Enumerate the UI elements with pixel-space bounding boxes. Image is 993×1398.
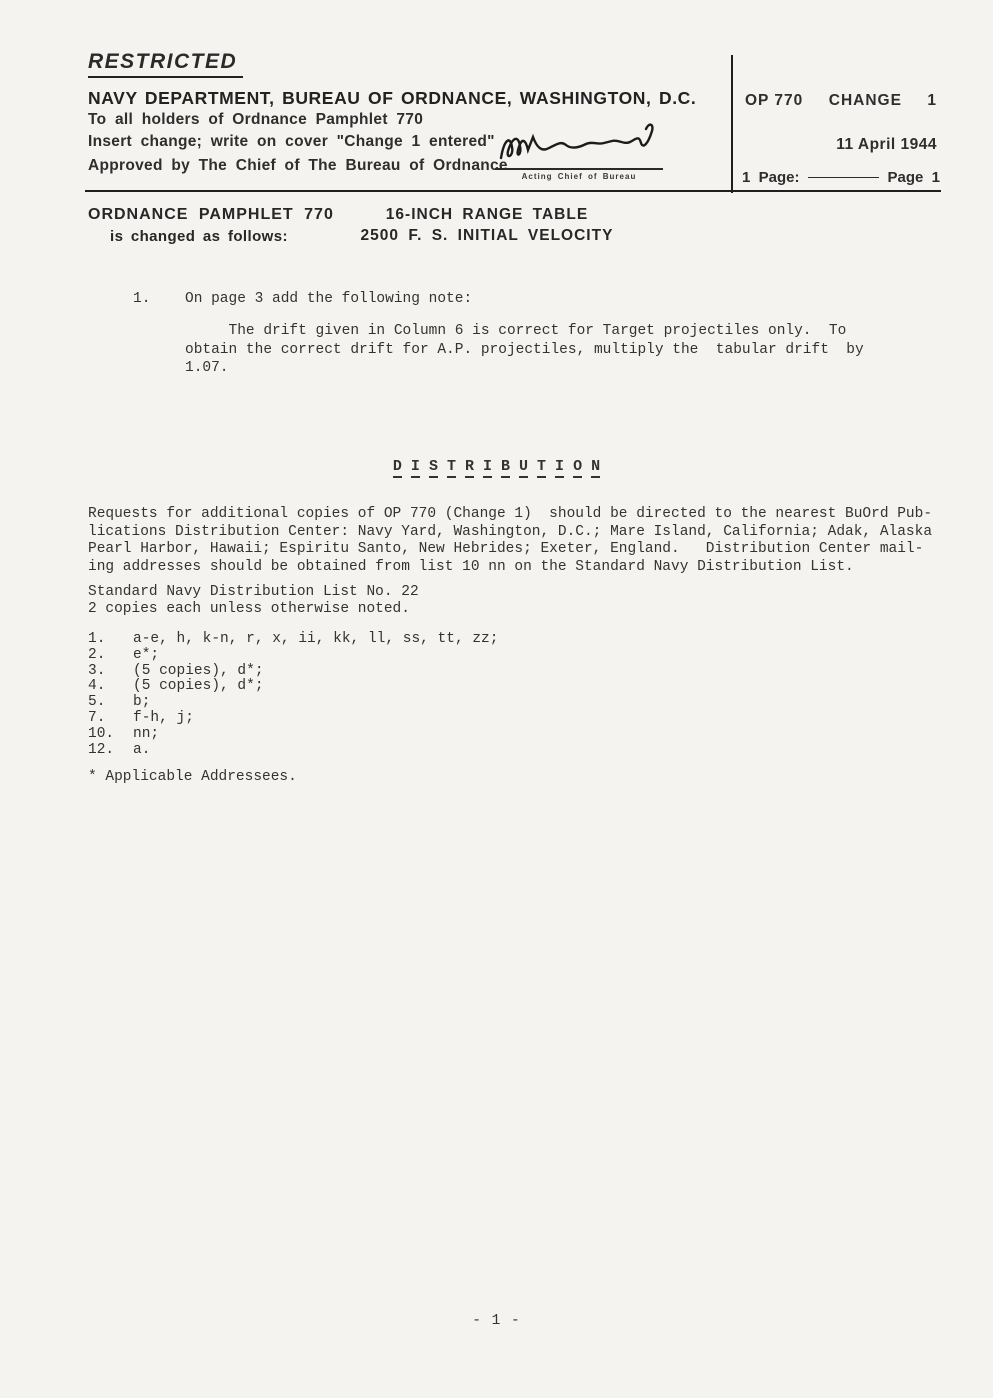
list-item: 1.a-e, h, k-n, r, x, ii, kk, ll, ss, tt,… — [88, 632, 498, 648]
classification-stamp: RESTRICTED — [88, 50, 243, 78]
distribution-heading-letter: I — [483, 458, 492, 478]
signature-caption: Acting Chief of Bureau — [495, 172, 663, 181]
distribution-heading-letter: N — [591, 458, 600, 478]
list-item-text: (5 copies), d*; — [133, 679, 264, 695]
list-item-number: 5. — [88, 695, 133, 711]
page-number: - 1 - — [0, 1313, 993, 1329]
change-note-body: The drift given in Column 6 is correct f… — [185, 322, 864, 378]
signature-rule — [495, 168, 663, 170]
applicable-addressees-footnote: * Applicable Addressees. — [88, 769, 297, 785]
distribution-heading-letter: T — [537, 458, 546, 478]
list-item-text: e*; — [133, 648, 159, 664]
list-item-number: 12. — [88, 743, 133, 759]
list-item-number: 10. — [88, 727, 133, 743]
distribution-heading: DISTRIBUTION — [0, 458, 993, 478]
page-left-label: 1 Page: — [742, 169, 800, 186]
range-table-line1: 16-INCH RANGE TABLE — [337, 206, 637, 224]
header-vertical-divider — [731, 55, 733, 193]
distribution-list-subtitle: 2 copies each unless otherwise noted. — [88, 601, 410, 617]
distribution-heading-letter: U — [519, 458, 528, 478]
list-item-number: 3. — [88, 664, 133, 680]
distribution-heading-letter: D — [393, 458, 402, 478]
signature-block: Acting Chief of Bureau — [495, 120, 675, 181]
list-item: 12.a. — [88, 743, 498, 759]
list-item-text: a. — [133, 743, 150, 759]
distribution-heading-letter: R — [465, 458, 474, 478]
change-number: 1 — [927, 92, 937, 110]
approval-line: Approved by The Chief of The Bureau of O… — [88, 157, 508, 175]
signature-icon — [495, 120, 667, 172]
list-item-number: 1. — [88, 632, 133, 648]
pamphlet-subject: ORDNANCE PAMPHLET 770 is changed as foll… — [88, 206, 334, 245]
list-item-text: a-e, h, k-n, r, x, ii, kk, ll, ss, tt, z… — [133, 632, 498, 648]
list-item: 5.b; — [88, 695, 498, 711]
department-line: NAVY DEPARTMENT, BUREAU OF ORDNANCE, WAS… — [88, 88, 696, 109]
list-item-number: 7. — [88, 711, 133, 727]
list-item-text: nn; — [133, 727, 159, 743]
list-item-text: (5 copies), d*; — [133, 664, 264, 680]
list-item: 4.(5 copies), d*; — [88, 679, 498, 695]
change-item-intro: On page 3 add the following note: — [185, 291, 472, 307]
list-item-number: 2. — [88, 648, 133, 664]
list-item: 7.f-h, j; — [88, 711, 498, 727]
list-item: 2.e*; — [88, 648, 498, 664]
list-item-text: f-h, j; — [133, 711, 194, 727]
op-change-row: OP 770 CHANGE 1 — [745, 92, 937, 110]
distribution-list-title: Standard Navy Distribution List No. 22 — [88, 584, 419, 600]
distribution-heading-letter: B — [501, 458, 510, 478]
change-item-row: 1. On page 3 add the following note: — [133, 291, 472, 307]
document-page: RESTRICTED NAVY DEPARTMENT, BUREAU OF OR… — [0, 0, 993, 1398]
distribution-heading-letter: I — [555, 458, 564, 478]
range-table-line2: 2500 F. S. INITIAL VELOCITY — [337, 227, 637, 245]
range-table-title: 16-INCH RANGE TABLE 2500 F. S. INITIAL V… — [337, 206, 637, 245]
pamphlet-subtitle: is changed as follows: — [88, 228, 334, 245]
distribution-heading-letter: S — [429, 458, 438, 478]
list-item-number: 4. — [88, 679, 133, 695]
change-item-number: 1. — [133, 291, 185, 307]
date-line: 11 April 1944 — [745, 136, 937, 154]
distribution-paragraph: Requests for additional copies of OP 770… — [88, 506, 932, 576]
list-item: 10.nn; — [88, 727, 498, 743]
change-label: CHANGE — [829, 92, 902, 110]
page-dash-rule — [808, 177, 880, 179]
insert-instruction-line: Insert change; write on cover "Change 1 … — [88, 133, 495, 151]
header-horizontal-divider — [85, 190, 941, 192]
page-right-label: Page 1 — [887, 169, 940, 186]
pamphlet-title: ORDNANCE PAMPHLET 770 — [88, 206, 334, 224]
distribution-heading-letter: O — [573, 458, 582, 478]
list-item-text: b; — [133, 695, 150, 711]
distribution-heading-letter: T — [447, 458, 456, 478]
op-number: OP 770 — [745, 92, 803, 110]
list-item: 3.(5 copies), d*; — [88, 664, 498, 680]
distribution-list: 1.a-e, h, k-n, r, x, ii, kk, ll, ss, tt,… — [88, 632, 498, 758]
addressee-line: To all holders of Ordnance Pamphlet 770 — [88, 111, 423, 129]
page-reference-row: 1 Page: Page 1 — [742, 169, 940, 186]
distribution-heading-letter: I — [411, 458, 420, 478]
